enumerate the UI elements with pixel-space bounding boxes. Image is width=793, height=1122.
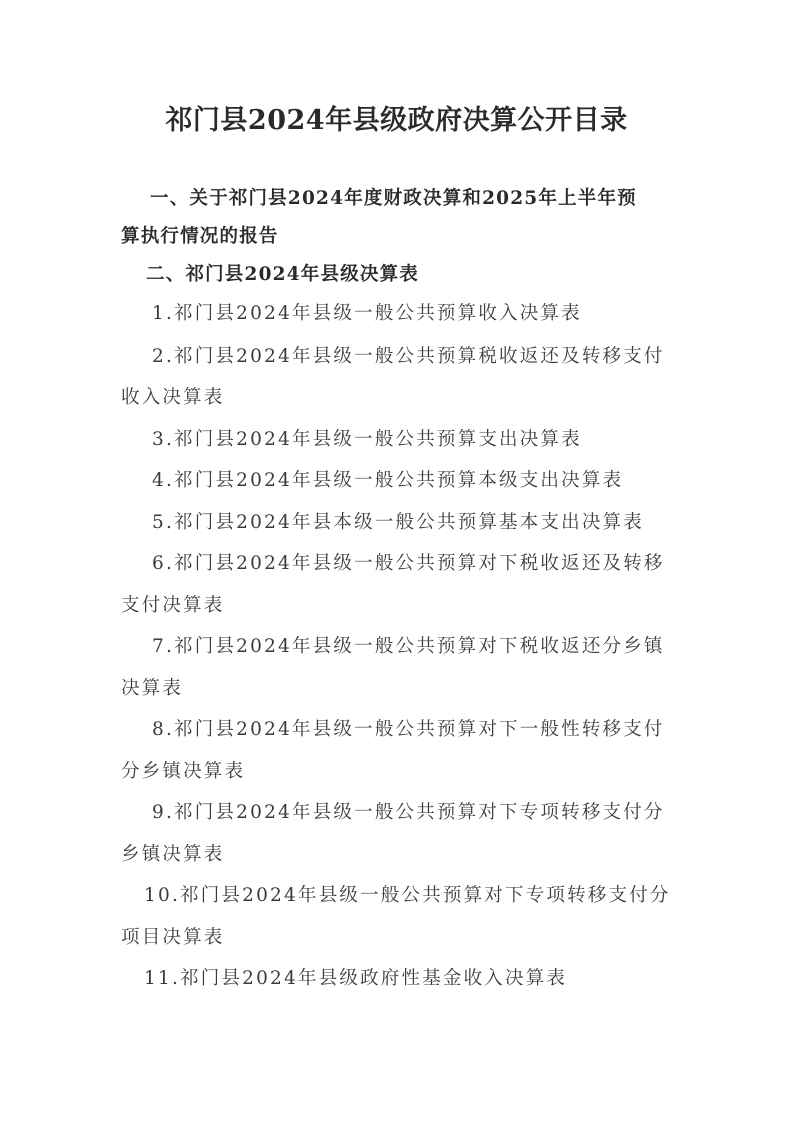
list-item-6-line-1: 6.祁门县2024年县级一般公共预算对下税收返还及转移 [152, 552, 665, 576]
document-page: 祁门县2024年县级政府决算公开目录 一、关于祁门县2024年度财政决算和202… [0, 0, 793, 1122]
section-2-heading: 二、祁门县2024年县级决算表 [146, 263, 419, 287]
list-item-3: 3.祁门县2024年县级一般公共预算支出决算表 [152, 428, 582, 452]
list-item-8-line-2: 分乡镇决算表 [121, 760, 245, 784]
page-title: 祁门县2024年县级政府决算公开目录 [0, 98, 793, 137]
list-item-10-line-2: 项目决算表 [121, 926, 225, 950]
list-item-9-line-2: 乡镇决算表 [121, 843, 225, 867]
list-item-1: 1.祁门县2024年县级一般公共预算收入决算表 [152, 302, 582, 326]
list-item-7-line-1: 7.祁门县2024年县级一般公共预算对下税收返还分乡镇 [152, 635, 665, 659]
list-item-9-line-1: 9.祁门县2024年县级一般公共预算对下专项转移支付分 [152, 801, 665, 825]
section-1-line-2: 算执行情况的报告 [121, 225, 279, 249]
section-1-line-1: 一、关于祁门县2024年度财政决算和2025年上半年预 [150, 187, 637, 211]
list-item-2-line-1: 2.祁门县2024年县级一般公共预算税收返还及转移支付 [152, 345, 665, 369]
list-item-2-line-2: 收入决算表 [121, 386, 225, 410]
list-item-10-line-1: 10.祁门县2024年县级一般公共预算对下专项转移支付分 [144, 884, 671, 908]
list-item-7-line-2: 决算表 [121, 677, 183, 701]
list-item-11: 11.祁门县2024年县级政府性基金收入决算表 [144, 967, 567, 991]
list-item-4: 4.祁门县2024年县级一般公共预算本级支出决算表 [152, 469, 623, 493]
list-item-5: 5.祁门县2024年县本级一般公共预算基本支出决算表 [152, 511, 644, 535]
list-item-8-line-1: 8.祁门县2024年县级一般公共预算对下一般性转移支付 [152, 718, 665, 742]
list-item-6-line-2: 支付决算表 [121, 594, 225, 618]
